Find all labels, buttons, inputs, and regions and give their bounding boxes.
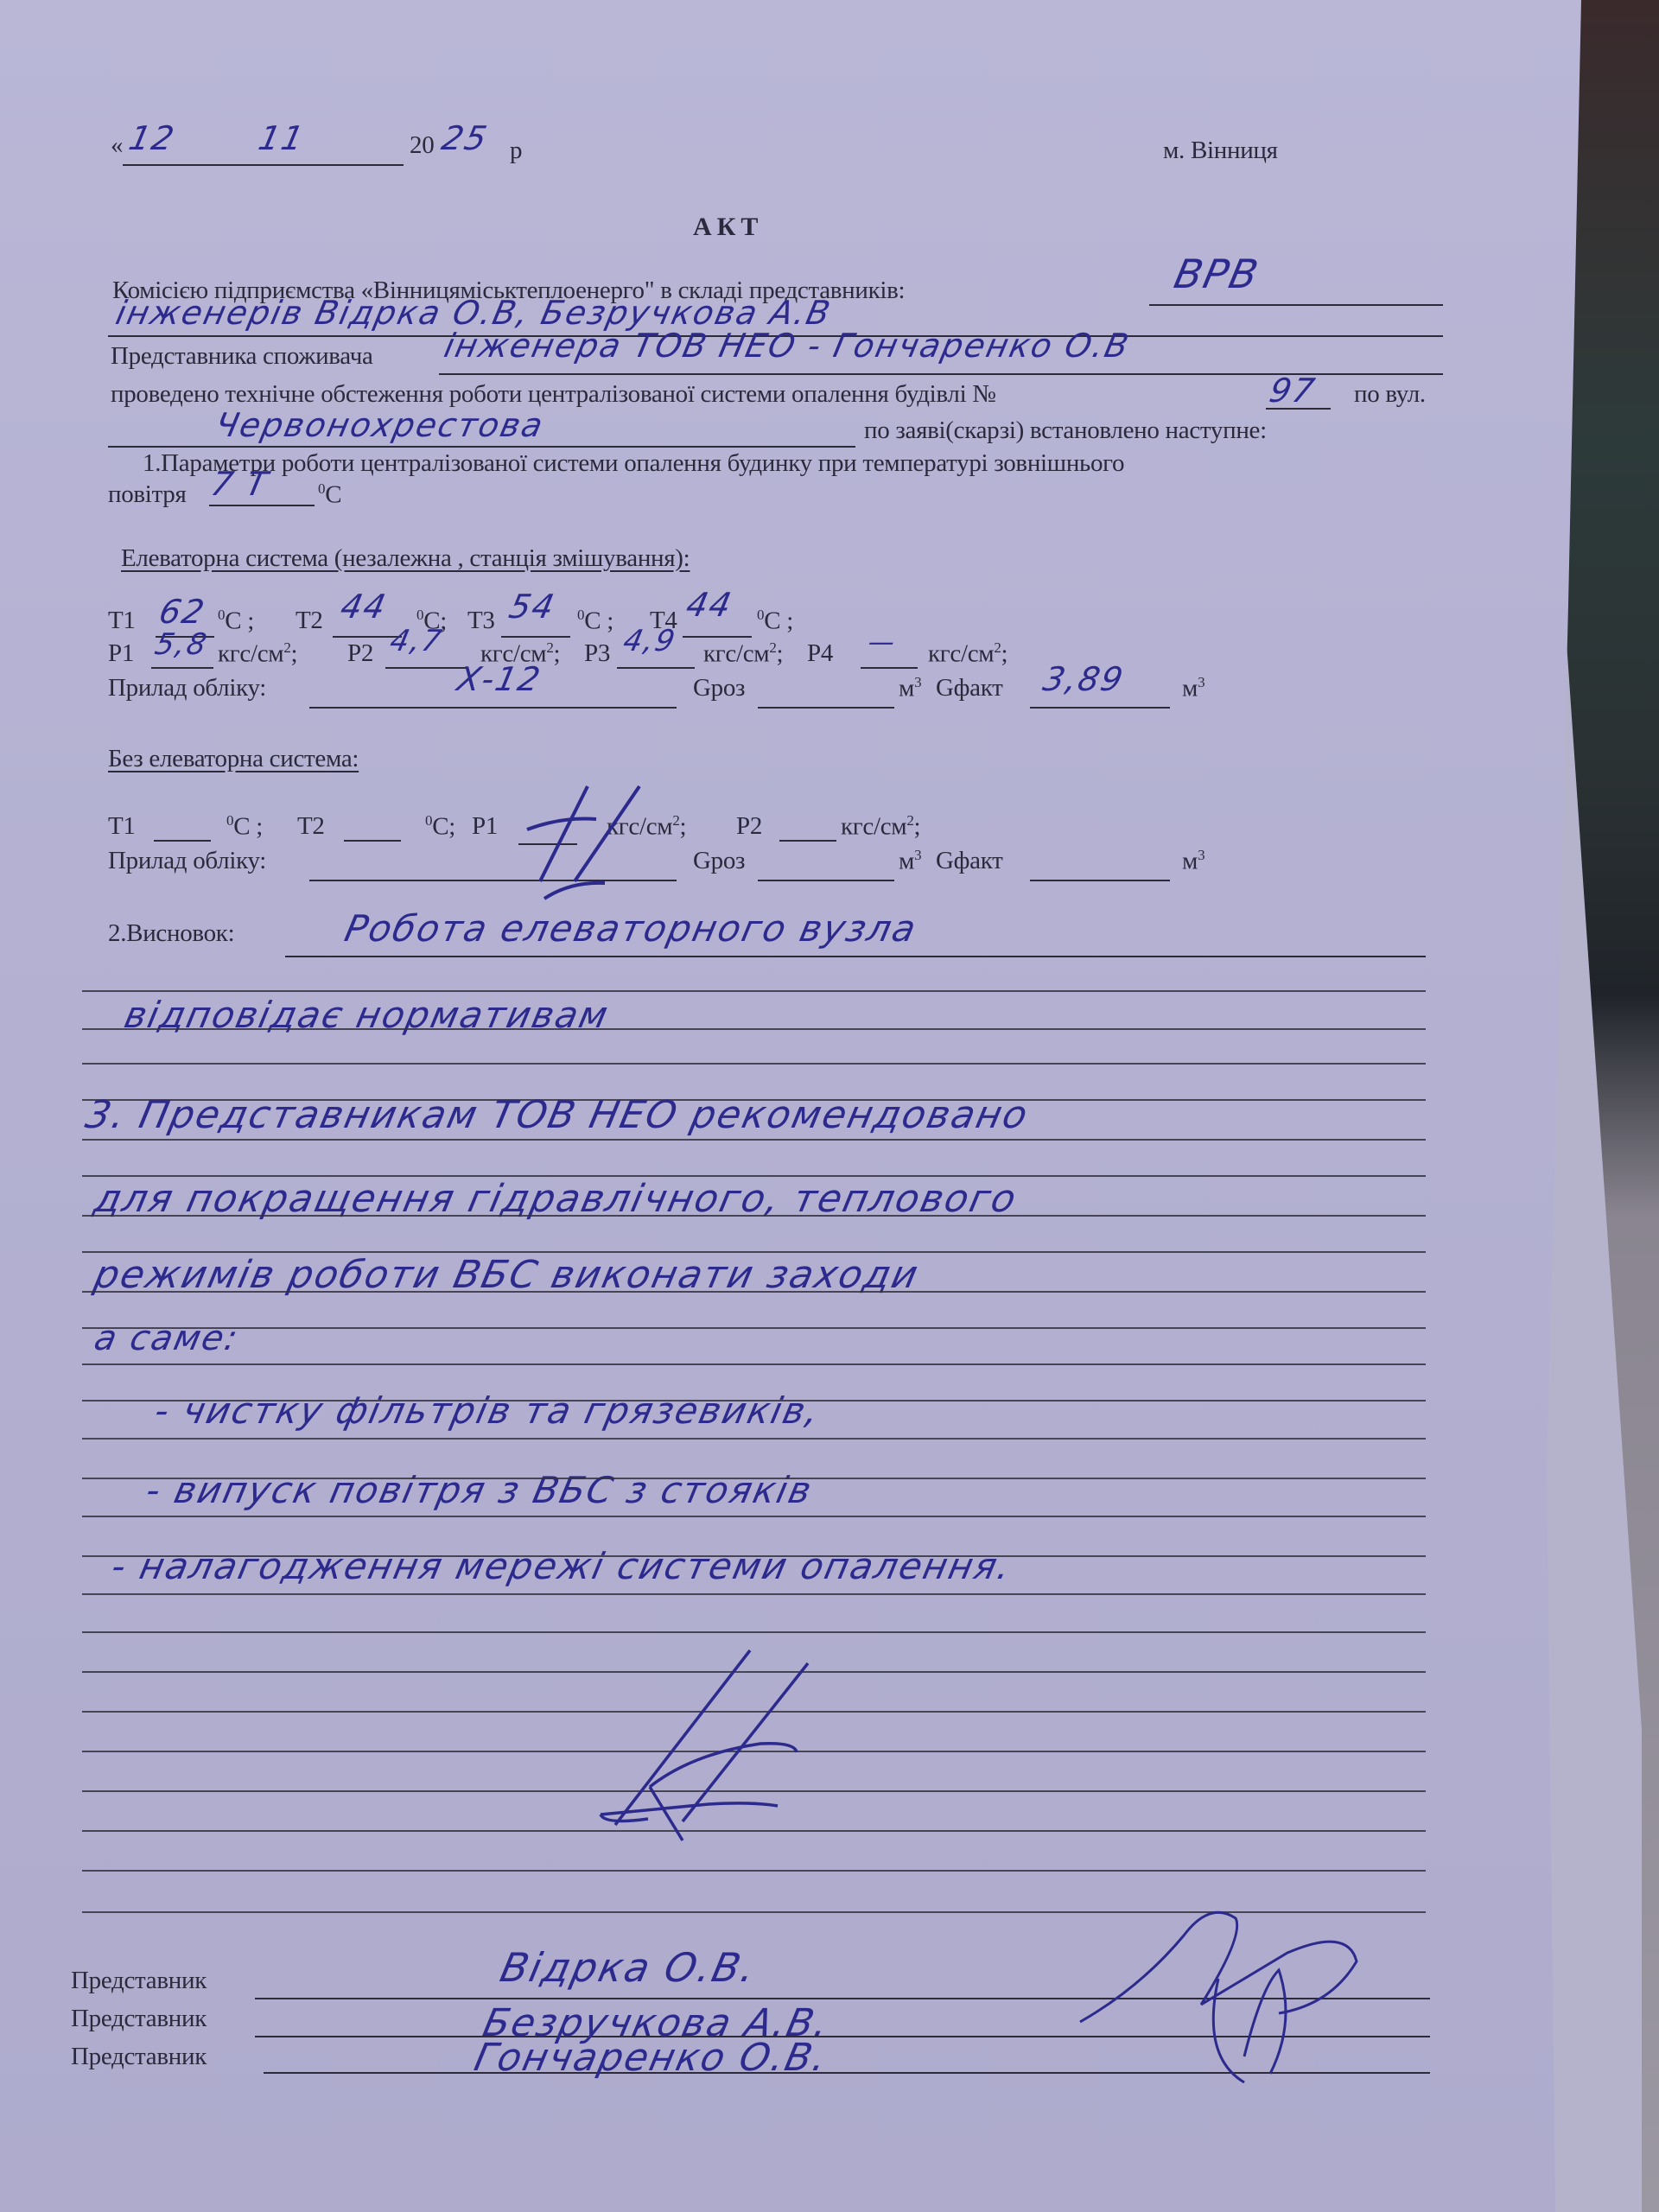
ruled-line <box>82 1478 1426 1479</box>
ne-g-actual-underline <box>1030 880 1170 881</box>
p3-value: 4,9 <box>620 624 680 658</box>
inspection-text: проведено технічне обстеження роботи цен… <box>111 380 996 409</box>
air-temperature: 7 Т <box>207 465 272 503</box>
ruled-line <box>82 1363 1426 1365</box>
representative-name: Гончаренко О.В. <box>471 2036 832 2080</box>
consumer-value: інженера ТОВ НЕО - Гончаренко О.В <box>441 327 1133 365</box>
t3-label: Т3 <box>467 607 495 635</box>
g-actual-unit: м <box>1182 675 1198 702</box>
p1-underline <box>151 667 213 669</box>
ruled-line <box>82 1438 1426 1440</box>
signature-mark <box>596 1642 838 1849</box>
p4-label: Р4 <box>807 639 833 668</box>
ne-g-design-label: Gроз <box>693 847 745 875</box>
p2-label: Р2 <box>347 639 373 668</box>
conclusion-label: 2.Висновок: <box>108 919 234 948</box>
ruled-line <box>82 1028 1426 1030</box>
p3-label: Р3 <box>584 639 610 668</box>
ruled-line <box>82 1555 1426 1557</box>
ne-t2-label: Т2 <box>297 812 325 841</box>
commission-underline <box>1149 304 1443 306</box>
p4-value: — <box>865 627 899 658</box>
signature-scribble <box>1071 1884 1417 2091</box>
ruled-line <box>82 1870 1426 1872</box>
p3-unit: кгс/см <box>703 640 769 668</box>
air-underline <box>209 505 315 506</box>
act-document: « 12 11 20 25 р м. Вінниця АКТ Комісією … <box>0 0 1590 2212</box>
inspection-tail: по заяві(скарзі) встановлено наступне: <box>864 416 1267 445</box>
ruled-line <box>82 1631 1426 1633</box>
ruled-line <box>82 1516 1426 1517</box>
p3-underline <box>617 667 695 669</box>
air-unit: С <box>325 481 341 509</box>
section3-line: а саме: <box>91 1319 243 1358</box>
ne-t1-label: Т1 <box>108 812 136 841</box>
t1-label: Т1 <box>108 607 136 635</box>
city: м. Вінниця <box>1163 137 1278 165</box>
g-design-label: Gроз <box>693 674 745 702</box>
section3-line: 3. Представникам ТОВ НЕО рекомендовано <box>82 1093 1033 1137</box>
ne-p2-underline <box>779 840 836 842</box>
date-open-quote: « <box>111 131 123 160</box>
ne-g-design-underline <box>758 880 894 881</box>
commission-department: ВРВ <box>1170 251 1263 297</box>
t2-value: 44 <box>337 588 391 626</box>
conclusion-line-1: Робота елеваторного вузла <box>341 907 921 950</box>
ne-meter-label: Прилад обліку: <box>108 847 266 875</box>
p1-unit: кгс/см <box>218 640 283 668</box>
p1-value: 5,8 <box>152 627 212 662</box>
representative-name: Відрка О.В. <box>496 1944 760 1991</box>
ne-t2-underline <box>344 840 401 842</box>
ruled-line <box>82 1215 1426 1217</box>
representative-label: Представник <box>71 2005 207 2033</box>
t1-value: 62 <box>156 593 209 631</box>
representative-label: Представник <box>71 2043 207 2071</box>
t3-unit: С <box>584 607 601 635</box>
ruled-line <box>82 1327 1426 1329</box>
p4-unit: кгс/см <box>928 640 994 668</box>
t4-unit: С <box>764 607 780 635</box>
t4-value: 44 <box>683 586 736 624</box>
ne-t1-underline <box>154 840 211 842</box>
conclusion-underline-1 <box>285 956 1426 957</box>
representative-label: Представник <box>71 1967 207 1995</box>
g-actual-label: Gфакт <box>936 674 1003 702</box>
ne-g-design-unit: м <box>899 848 914 875</box>
ne-t1-unit: С <box>233 813 250 841</box>
building-underline <box>1266 408 1331 410</box>
building-number: 97 <box>1266 372 1319 410</box>
street-underline <box>108 446 855 448</box>
t3-value: 54 <box>505 588 559 626</box>
section1-heading: 1.Параметри роботи централізованої систе… <box>143 449 1124 478</box>
section3-line: - налагодження мережі системи опалення. <box>108 1545 1016 1587</box>
section3-line: - чистку фільтрів та грязевиків, <box>151 1389 824 1432</box>
ne-g-actual-unit: м <box>1182 848 1198 875</box>
strike-out-mark <box>510 778 665 916</box>
g-design-underline <box>758 707 894 709</box>
non-elevator-heading: Без елеваторна система: <box>108 745 359 773</box>
g-design-unit: м <box>899 675 914 702</box>
ne-g-actual-label: Gфакт <box>936 847 1003 875</box>
g-actual-value: 3,89 <box>1039 660 1128 698</box>
p1-label: Р1 <box>108 639 134 668</box>
date-underline <box>123 164 404 166</box>
date-day: 12 <box>125 119 179 157</box>
street-label: по вул. <box>1354 380 1426 409</box>
p4-underline <box>861 667 918 669</box>
meter-underline <box>309 707 677 709</box>
p2-underline <box>385 667 467 669</box>
meter-value: Х-12 <box>454 660 544 698</box>
street-name: Червонохрестова <box>212 406 548 444</box>
t1-unit: С <box>225 607 241 635</box>
document-title: АКТ <box>693 213 763 242</box>
ne-t2-unit: С <box>432 813 448 841</box>
date-year-prefix: 20 <box>410 131 434 160</box>
ne-p2-unit: кгс/см <box>841 813 906 841</box>
air-label: повітря <box>108 480 187 509</box>
ruled-line <box>82 1291 1426 1293</box>
t3-underline <box>501 636 570 638</box>
ne-p1-label: Р1 <box>472 812 498 841</box>
ruled-line <box>82 1139 1426 1141</box>
ruled-line <box>82 990 1426 992</box>
ruled-line <box>82 1063 1426 1065</box>
consumer-label: Представника споживача <box>111 342 373 371</box>
meter-label: Прилад обліку: <box>108 674 266 702</box>
ruled-line <box>82 1593 1426 1595</box>
ne-p2-label: Р2 <box>736 812 762 841</box>
t2-label: Т2 <box>296 607 323 635</box>
section3-line: - випуск повітря з ВБС з стояків <box>143 1469 817 1511</box>
date-year-abbr: р <box>510 137 522 165</box>
date-year-suffix: 25 <box>438 119 492 157</box>
date-month: 11 <box>255 119 308 157</box>
t4-underline <box>683 636 752 638</box>
p2-value: 4,7 <box>387 624 447 658</box>
elevator-heading: Елеваторна система (незалежна , станція … <box>121 544 690 573</box>
g-actual-underline <box>1030 707 1170 709</box>
